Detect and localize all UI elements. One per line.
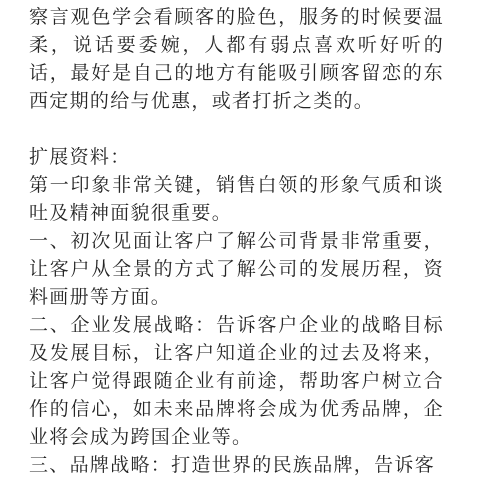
paragraph-customer-observation: 察言观色学会看顾客的脸色，服务的时候要温柔，说话要委婉，人都有弱点喜欢听好听的话… — [29, 3, 444, 115]
paragraph-item-two-development-strategy: 二、企业发展战略：告诉客户企业的战略目标及发展目标，让客户知道企业的过去及将来，… — [29, 311, 444, 451]
paragraph-item-three-brand-strategy: 三、品牌战略：打造世界的民族品牌，告诉客 — [29, 451, 444, 479]
paragraph-item-one-company-background: 一、初次见面让客户了解公司背景非常重要，让客户从全景的方式了解公司的发展历程，资… — [29, 227, 444, 311]
document-page: 察言观色学会看顾客的脸色，服务的时候要温柔，说话要委婉，人都有弱点喜欢听好听的话… — [0, 0, 480, 480]
paragraph-expanded-info-heading: 扩展资料： — [29, 143, 444, 171]
paragraph-first-impression: 第一印象非常关键，销售白领的形象气质和谈吐及精神面貌很重要。 — [29, 171, 444, 227]
